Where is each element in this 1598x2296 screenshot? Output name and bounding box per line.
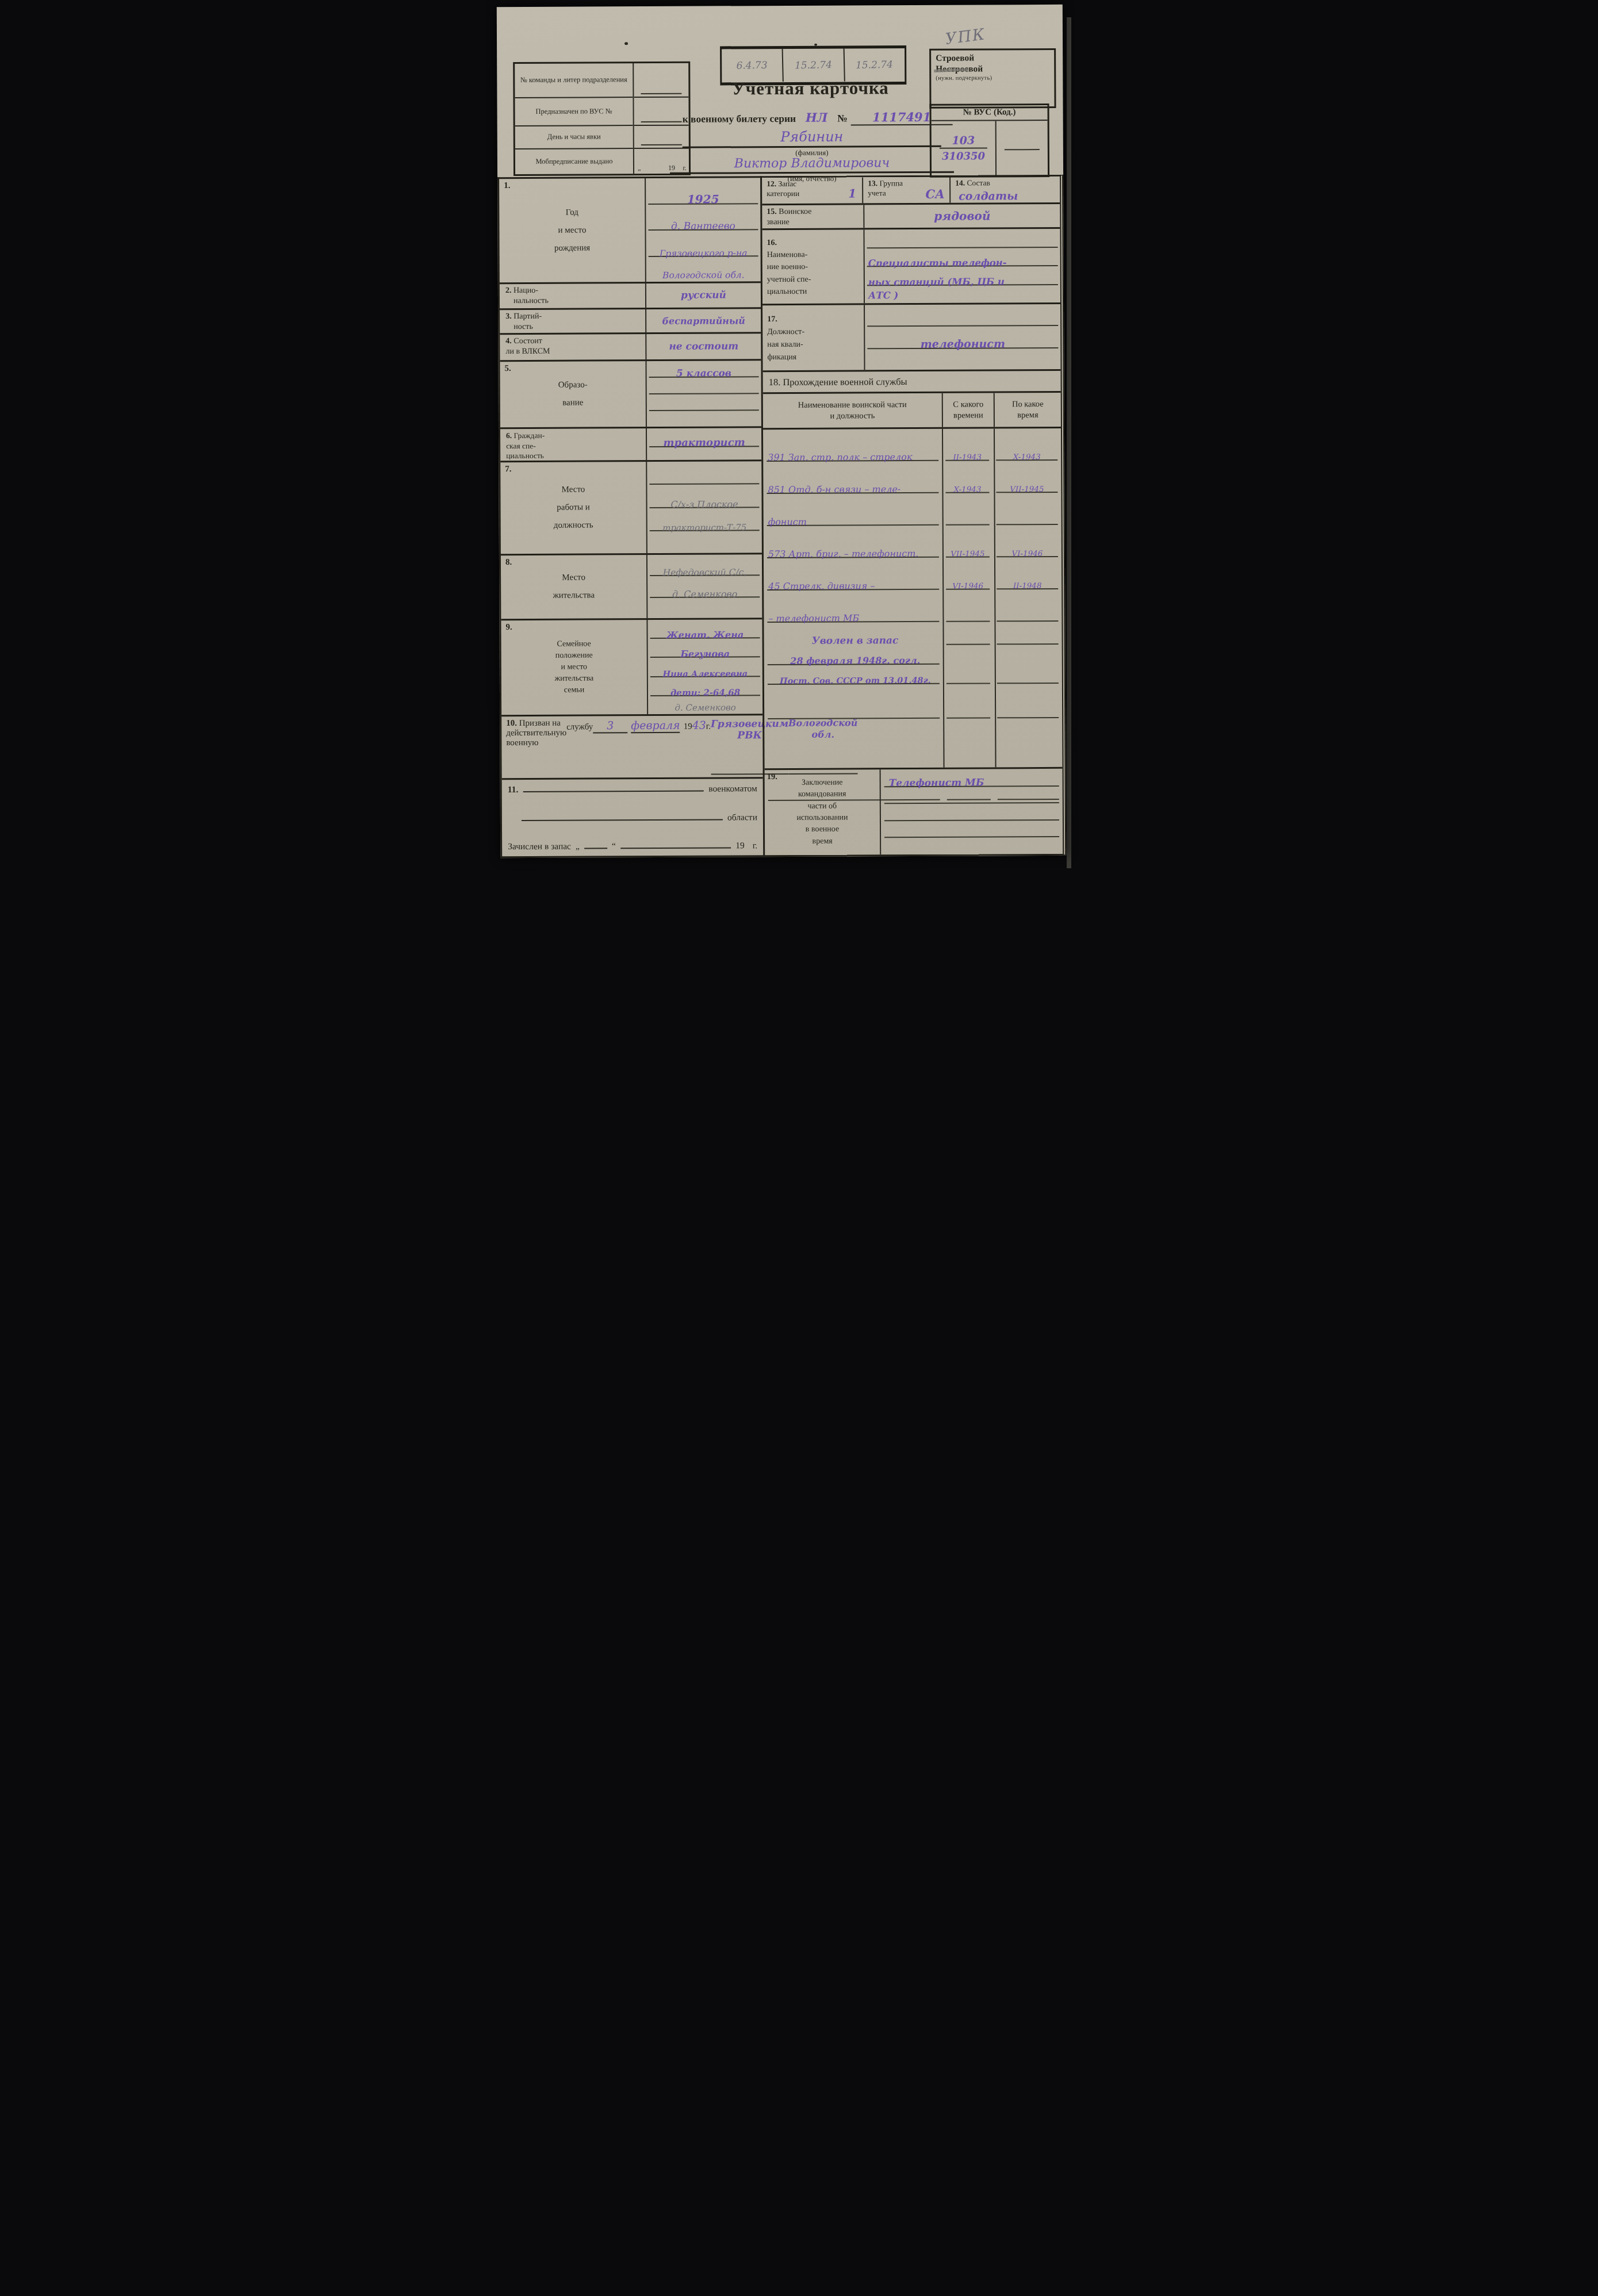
label-line: Место: [500, 481, 646, 499]
composition-value: солдаты: [959, 190, 1018, 204]
surname-value: Рябинин: [683, 128, 941, 148]
header-line: время: [995, 409, 1061, 420]
vus-code-top: 103: [940, 134, 987, 148]
field-number: 3.: [505, 312, 512, 321]
label-line: нальность: [505, 297, 549, 305]
label-line: ли в ВЛКСМ: [505, 347, 550, 356]
field-15-value: рядовой: [864, 204, 1060, 228]
series-value: НЛ: [806, 110, 828, 125]
blank-line: [650, 531, 760, 553]
label-line: Нацио-: [513, 286, 538, 295]
blank-line: [867, 348, 1058, 370]
blank-line: [867, 229, 1057, 248]
label-line: Должност-: [767, 327, 864, 338]
field-14-composition: 14. Состав солдаты: [951, 177, 1060, 203]
discharge-note-line1: Уволен в запас: [769, 635, 942, 647]
field-number: 6.: [506, 431, 512, 440]
group-value: СА: [925, 187, 945, 202]
field-15-label: 15. Воинское звание: [762, 205, 864, 228]
conscription-day-value: 3: [607, 719, 614, 732]
label-line: категории: [767, 189, 799, 198]
underline-hint: (нужн. подчеркнуть): [936, 75, 1049, 82]
label-line: и место: [499, 221, 645, 240]
label-line: Запас: [778, 179, 796, 188]
col-unit-header: Наименование воинской части и должность: [763, 393, 943, 428]
blank-line: [884, 787, 1059, 804]
label-line: вание: [500, 394, 646, 412]
year-suffix: г.: [745, 841, 758, 851]
label-line: Наименова-: [767, 250, 864, 261]
label-line: Состоит: [513, 337, 542, 346]
field-number: 5.: [504, 364, 511, 374]
label-line: Группа: [879, 179, 903, 187]
mobilization-box: № команды и литер подразделения Предназн…: [513, 62, 691, 176]
field-3-value: беспартийный: [645, 309, 761, 332]
field-16-value: Специалисты телефон- ных станций (МБ, ЦБ…: [864, 229, 1060, 303]
label-line: учетной спе-: [767, 274, 864, 285]
blank-line: [620, 839, 731, 849]
field-8-residence: 8. Место жительства Нефедовский С/с, д. …: [501, 554, 762, 620]
field-6-value: тракторист: [646, 428, 761, 460]
label-line: циальность: [506, 451, 544, 460]
mob-row4-label: Мобпредписание выдано: [515, 149, 633, 174]
field-number: 9.: [505, 623, 512, 633]
nationality-value: русский: [681, 289, 726, 301]
blank-line: [649, 447, 759, 460]
label-line: Воинское: [779, 208, 811, 216]
service-row-3: 573 Арт. бриг. – телефонист. VII-1945 VI…: [764, 526, 1061, 559]
conscription-text2: службу: [566, 722, 593, 732]
field-4-value: не состоит: [645, 334, 761, 359]
header-line: По какое: [995, 399, 1061, 410]
label-line: части об: [765, 800, 880, 812]
blank-line: [649, 377, 759, 394]
label-line: рождения: [500, 239, 645, 258]
conscription-year-value: 43: [692, 719, 706, 732]
label-line: должность: [501, 516, 646, 535]
mob-row2-blank: [634, 98, 688, 126]
mob-row1-label: № команды и литер подразделения: [515, 63, 633, 98]
label-line: Заключение: [765, 777, 880, 789]
field-9-value: Женат. Жена Бегунова Нина Алексеевна дет…: [646, 619, 762, 714]
field-1-value: 1925 д. Вантеево Грязовецкого р-на Волог…: [645, 178, 761, 282]
mob-row3-label: День и часы явки: [515, 126, 633, 150]
field-number: 2.: [505, 286, 512, 295]
service-row-1: 391 Зап. стр. полк – стрелок II-1943 X-1…: [763, 428, 1061, 463]
blank-line: [523, 783, 704, 792]
field-17-label: 17. Должност- ная квали- фикация: [762, 305, 865, 370]
surname-block: Рябинин (фамилия): [683, 128, 941, 158]
field-9-family: 9. Семейное положение и место жительства…: [501, 619, 762, 716]
blank-line: [649, 411, 759, 427]
field-5-value: 5 классов: [645, 361, 761, 427]
field-2-nationality: 2. Нацио- нальность русский: [500, 283, 761, 310]
mob-row3-blank: [634, 125, 689, 149]
field-2-value: русский: [645, 283, 761, 308]
service-row-2b: фонист: [763, 494, 1061, 527]
discharge-note-line3: Пост. Сов. СССР от 13.01.48г.: [769, 676, 942, 686]
field-3-label: 3. Партий- ность: [500, 309, 645, 333]
label-line: жительства: [501, 587, 646, 605]
service-table-header: Наименование воинской части и должность …: [763, 393, 1061, 430]
field-18-title: 18. Прохождение военной службы: [763, 371, 1061, 394]
service-category-box: Строевой Нестроевой (нужн. подчеркнуть): [929, 48, 1056, 109]
label-line: Состав: [967, 178, 990, 187]
to-date: II-1948: [993, 581, 1061, 591]
field-number: 7.: [505, 465, 511, 474]
blank-line: [649, 461, 759, 485]
label-line: жительства: [501, 674, 647, 684]
to-date: X-1943: [992, 453, 1061, 462]
label-line: фикация: [767, 352, 864, 363]
label-line: время: [765, 835, 880, 848]
field-4-vlksm: 4. Состоит ли в ВЛКСМ не состоит: [500, 334, 761, 362]
field-7-workplace: 7. Место работы и должность С/х-з Плоско…: [500, 461, 762, 555]
from-date: II-1943: [942, 453, 992, 462]
quote-mark: „: [638, 164, 641, 173]
billet-subtitle: к военному билету серии: [683, 113, 796, 125]
blank-line: [649, 394, 759, 411]
field-number: 8.: [505, 558, 512, 568]
number-line: 1117491: [851, 110, 953, 126]
field-number: 10.: [506, 719, 517, 728]
header-line: и должность: [763, 410, 942, 421]
field-16-specialty: 16. Наименова- ние военно- учетной спе- …: [762, 229, 1060, 305]
label-line: Образо-: [500, 376, 646, 394]
reserve-category-value: 1: [848, 186, 856, 201]
fields-12-14-row: 12. Запас категории 1 13. Группа учета С…: [762, 177, 1060, 205]
label-line: и место: [501, 662, 647, 672]
to-date: VI-1946: [993, 549, 1061, 559]
field-number: 12.: [767, 179, 776, 188]
billet-number-value: 1117491: [872, 110, 931, 124]
field-17-qualification: 17. Должност- ная квали- фикация телефон…: [762, 304, 1061, 372]
label-line: Граждан-: [513, 431, 545, 440]
field-3-party: 3. Партий- ность беспартийный: [500, 309, 761, 335]
label-line: использовании: [765, 812, 880, 824]
service-table-body: 391 Зап. стр. полк – стрелок II-1943 X-1…: [763, 428, 1063, 770]
field-number: 19.: [767, 771, 777, 783]
field-number: 13.: [868, 179, 877, 187]
option-nestroevoi: Нестроевой: [936, 64, 983, 75]
label-line: Место: [501, 569, 646, 587]
blank-line: [884, 837, 1059, 854]
field-number: 14.: [955, 179, 965, 187]
field-16-label: 16. Наименова- ние военно- учетной спе- …: [762, 229, 865, 304]
scan-background: УПК 6.4.73 15.2.74 15.2.74 Строевой Нест…: [486, 0, 1112, 900]
vlksm-value: не состоит: [669, 340, 738, 352]
quote-mark: “: [612, 841, 616, 852]
field-10-conscription: 10. Призван на действительную военную сл…: [501, 715, 762, 780]
field-1-label: 1. Год и место рождения: [499, 178, 645, 282]
field-4-label: 4. Состоит ли в ВЛКСМ: [500, 334, 645, 360]
label-line: Год: [499, 204, 645, 222]
series-line: НЛ: [796, 110, 837, 125]
label-line: ность: [505, 323, 533, 331]
field-13-group: 13. Группа учета СА: [863, 177, 951, 204]
label-line: звание: [767, 218, 789, 227]
field-12-reserve: 12. Запас категории 1: [762, 177, 863, 204]
service-row-2: 851 Отд. б-н связи – теле- X-1943 VII-19…: [763, 462, 1061, 495]
field-19-label: 19. Заключение командования части об исп…: [765, 769, 882, 855]
from-date: VI-1946: [942, 581, 993, 591]
unit-value-continued: фонист: [768, 516, 941, 527]
field-6-label: 6. Граждан- ская спе- циальность: [500, 428, 646, 461]
field-19-value: Телефонист МБ: [881, 769, 1063, 854]
field-number: 17.: [767, 315, 777, 324]
vus-right-cell: [997, 121, 1048, 175]
blank-line: [522, 811, 723, 821]
field-number: 15.: [767, 208, 777, 216]
label-line: в военное: [765, 824, 880, 836]
field-17-value: телефонист: [865, 304, 1060, 370]
label-line: ская спе-: [506, 441, 536, 450]
field-5-education: 5. Образо- вание 5 классов: [500, 361, 761, 429]
commissariat-word: военкоматом: [708, 784, 757, 794]
label-line: циальности: [767, 286, 864, 297]
discharge-note-row2: 28 февраля 1948г. согл.: [764, 646, 1062, 666]
col-from-header: С какого времени: [943, 393, 995, 427]
year-prefix: 19: [684, 722, 692, 732]
field-8-label: 8. Место жительства: [501, 555, 646, 619]
field-1-birth: 1. Год и место рождения 1925 д. Вантеево…: [499, 178, 761, 284]
label-line: положение: [501, 651, 647, 661]
field-number: 11.: [508, 785, 519, 795]
from-date: X-1943: [942, 485, 992, 494]
right-fields-column: 12. Запас категории 1 13. Группа учета С…: [760, 175, 1066, 857]
name-value: Виктор Владимирович: [670, 156, 954, 174]
unit-value: 45 Стрелк. дивизия –: [768, 580, 941, 592]
field-2-label: 2. Нацио- нальность: [500, 283, 645, 308]
label-line: Семейное: [501, 639, 647, 649]
card-title: Учетная карточка: [687, 78, 934, 99]
field-6-civil-specialty: 6. Граждан- ская спе- циальность трактор…: [500, 428, 761, 462]
left-fields-column: 1. Год и место рождения 1925 д. Вантеево…: [497, 176, 763, 858]
header-line: С какого: [943, 399, 994, 410]
registration-card: УПК 6.4.73 15.2.74 15.2.74 Строевой Нест…: [497, 5, 1066, 858]
conscription-month-value: февраля: [631, 719, 680, 732]
discharge-note-row3: Пост. Сов. СССР от 13.01.48г.: [764, 665, 1062, 686]
field-8-value: Нефедовский С/с, д. Семенково: [646, 554, 762, 618]
number-sign: №: [837, 112, 848, 124]
field-7-value: С/х-з Плоское тракторист-Т-75: [646, 461, 762, 553]
option-stroevoi: Строевой: [936, 52, 1049, 64]
rank-value: рядовой: [934, 209, 990, 223]
service-row-4b: – телефонист МБ: [764, 591, 1061, 624]
unit-value: 573 Арт. бриг. – телефонист.: [768, 548, 941, 559]
reserve-enlisted-label: Зачислен в запас: [508, 842, 571, 852]
from-date: VII-1945: [942, 549, 993, 558]
label-line: ная квали-: [767, 339, 864, 350]
unit-value: 851 Отд. б-н связи – теле-: [768, 484, 941, 495]
discharge-note-row1: Уволен в запас: [764, 623, 1061, 647]
field-7-label: 7. Место работы и должность: [500, 462, 646, 554]
year-prefix: 19: [735, 841, 745, 851]
field-number: 1.: [504, 181, 510, 191]
field-19-conclusion: 19. Заключение командования части об исп…: [765, 769, 1063, 855]
birth-region-value: Вологодской обл.: [650, 270, 757, 281]
field-11-commissariat: 11. военкоматом области Зачислен в запас…: [502, 779, 764, 856]
blank-line: [884, 803, 1059, 821]
label-line: ние военно-: [767, 262, 864, 273]
unit-value: 391 Зап. стр. полк – стрелок: [768, 451, 941, 463]
label-line: учета: [868, 189, 886, 197]
party-value: беспартийный: [662, 315, 745, 327]
label-line: работы и: [501, 499, 646, 517]
blank-line: [1005, 149, 1040, 150]
blank-line: [584, 840, 607, 849]
header-line: времени: [943, 410, 994, 421]
label-line: командования: [765, 789, 880, 801]
discharge-note-line2: 28 февраля 1948г. согл.: [769, 655, 942, 666]
label-line: семьи: [501, 685, 647, 695]
blank-line: [867, 304, 1058, 327]
family-residence-value: д. Семенково: [652, 702, 759, 713]
field-number: 16.: [767, 239, 777, 247]
service-row-4: 45 Стрелк. дивизия – VI-1946 II-1948: [764, 558, 1061, 592]
col-to-header: По какое время: [995, 393, 1061, 427]
specialty-line3: АТС ): [868, 289, 1057, 301]
field-5-label: 5. Образо- вание: [500, 361, 645, 427]
ink-speck: [624, 42, 628, 45]
field-15-rank: 15. Воинское звание рядовой: [762, 204, 1060, 230]
mob-row1-blank: [634, 63, 688, 98]
header-line: Наименование воинской части: [763, 399, 942, 411]
billet-series-row: к военному билету серии НЛ № 1117491: [683, 110, 953, 127]
adjacent-page-edge: [1067, 17, 1071, 868]
region-word: области: [727, 812, 757, 823]
pencil-note-upk: УПК: [944, 25, 986, 48]
to-date: VII-1945: [992, 485, 1061, 495]
year-suffix: г.: [706, 722, 711, 732]
ink-speck: [814, 44, 817, 46]
unit-value-continued: – телефонист МБ: [768, 612, 941, 624]
quote-mark: „: [571, 842, 580, 852]
blank-row: [764, 685, 1062, 720]
label-line: Партий-: [513, 312, 542, 321]
blank-line: [650, 597, 760, 618]
field-number: 4.: [505, 337, 512, 346]
blank-line: [884, 821, 1059, 838]
field-9-label: 9. Семейное положение и место жительства…: [501, 620, 647, 715]
mob-row2-label: Предназначен по ВУС №: [515, 98, 633, 126]
